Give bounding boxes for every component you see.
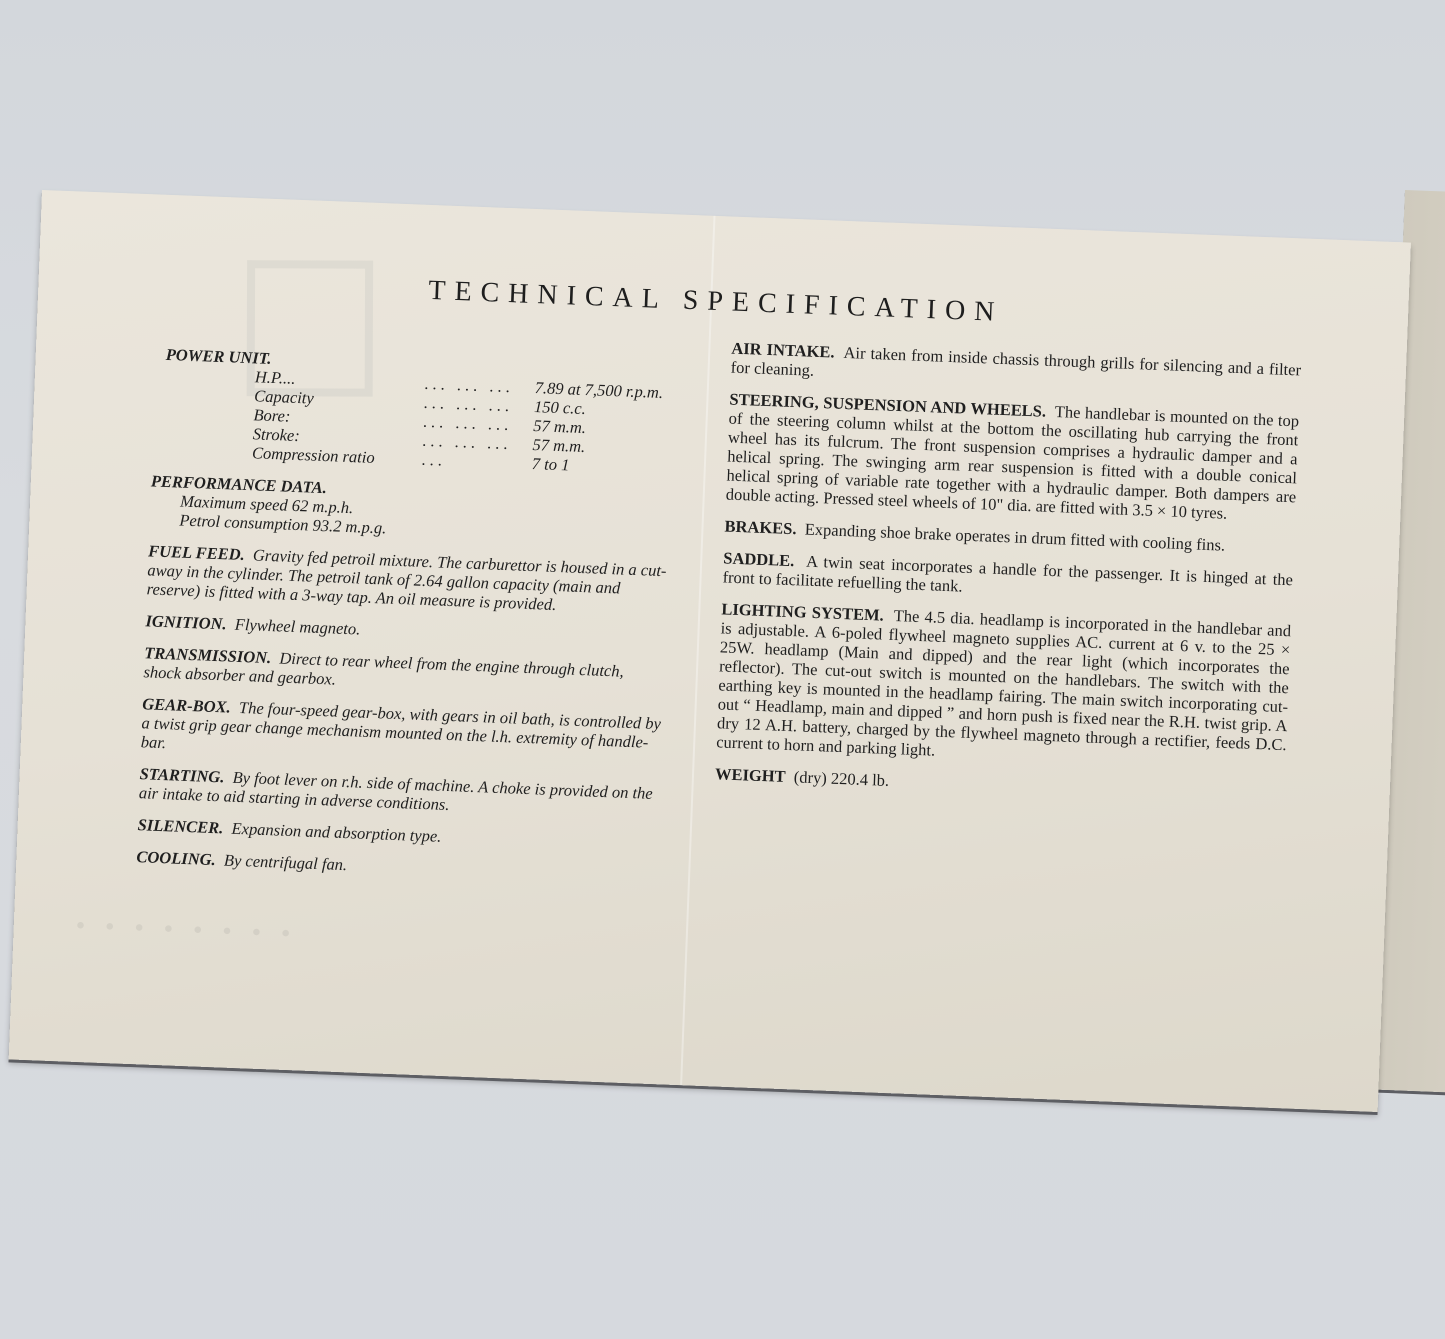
spec-section: SILENCER. Expansion and absorption type. bbox=[137, 815, 657, 854]
spec-section: LIGHTING SYSTEM. The 4.5 dia. headlamp i… bbox=[716, 599, 1291, 773]
spec-section: WEIGHT (dry) 220.4 lb. bbox=[715, 764, 1285, 805]
spec-section: STARTING. By foot lever on r.h. side of … bbox=[139, 764, 660, 822]
spec-section: FUEL FEED. Gravity fed petroil mixture. … bbox=[146, 541, 668, 618]
spec-section: IGNITION. Flywheel magneto. bbox=[145, 611, 665, 650]
performance-section: PERFORMANCE DATA. Maximum speed 62 m.p.h… bbox=[149, 471, 671, 548]
spec-section: COOLING. By centrifugal fan. bbox=[136, 847, 656, 886]
right-sections: AIR INTAKE. Air taken from inside chassi… bbox=[715, 339, 1302, 806]
spec-value: 150 c.c. bbox=[534, 397, 586, 418]
section-heading: IGNITION. bbox=[145, 611, 227, 633]
section-heading: COOLING. bbox=[136, 847, 216, 869]
spec-section: GEAR-BOX. The four-speed gear-box, with … bbox=[141, 694, 663, 771]
section-text: Flywheel magneto. bbox=[234, 615, 360, 639]
power-unit-section: POWER UNIT. H.P....... ... ...7.89 at 7,… bbox=[152, 344, 676, 478]
section-heading: SILENCER. bbox=[137, 815, 223, 837]
section-heading: WEIGHT bbox=[715, 764, 786, 786]
left-sections: FUEL FEED. Gravity fed petroil mixture. … bbox=[136, 541, 668, 886]
section-text: A twin seat incorporates a handle for th… bbox=[722, 552, 1293, 596]
spec-value: 57 m.m. bbox=[532, 435, 585, 456]
spec-section: TRANSMISSION. Direct to rear wheel from … bbox=[143, 643, 664, 701]
spec-section: SADDLE. A twin seat incorporates a handl… bbox=[722, 548, 1293, 608]
section-heading: BRAKES. bbox=[724, 516, 797, 538]
spec-dots: ... bbox=[422, 450, 533, 473]
spec-sheet-page: · · · · · · · · TECHNICAL SPECIFICATION … bbox=[9, 190, 1411, 1112]
section-text: The 4.5 dia. headlamp is incorporated in… bbox=[716, 606, 1291, 760]
power-unit-specs: H.P....... ... ...7.89 at 7,500 r.p.m.Ca… bbox=[152, 363, 675, 478]
spec-section: STEERING, SUSPENSION AND WHEELS. The han… bbox=[725, 390, 1299, 526]
right-column: AIR INTAKE. Air taken from inside chassi… bbox=[714, 339, 1301, 819]
section-text: The handlebar is mounted on the top of t… bbox=[725, 402, 1299, 523]
section-text: (dry) 220.4 lb. bbox=[794, 767, 890, 790]
section-text: By centrifugal fan. bbox=[224, 850, 348, 874]
spec-value: 57 m.m. bbox=[533, 416, 586, 437]
page-fold bbox=[680, 216, 715, 1085]
left-column: POWER UNIT. H.P....... ... ...7.89 at 7,… bbox=[136, 344, 676, 899]
section-text: Expanding shoe brake operates in drum fi… bbox=[804, 520, 1225, 555]
section-text: Expansion and absorption type. bbox=[231, 819, 441, 846]
spec-section: AIR INTAKE. Air taken from inside chassi… bbox=[730, 339, 1301, 399]
spec-value: 7 to 1 bbox=[531, 454, 569, 474]
page-title: TECHNICAL SPECIFICATION bbox=[428, 275, 1004, 329]
show-through-text: · · · · · · · · bbox=[73, 902, 296, 957]
